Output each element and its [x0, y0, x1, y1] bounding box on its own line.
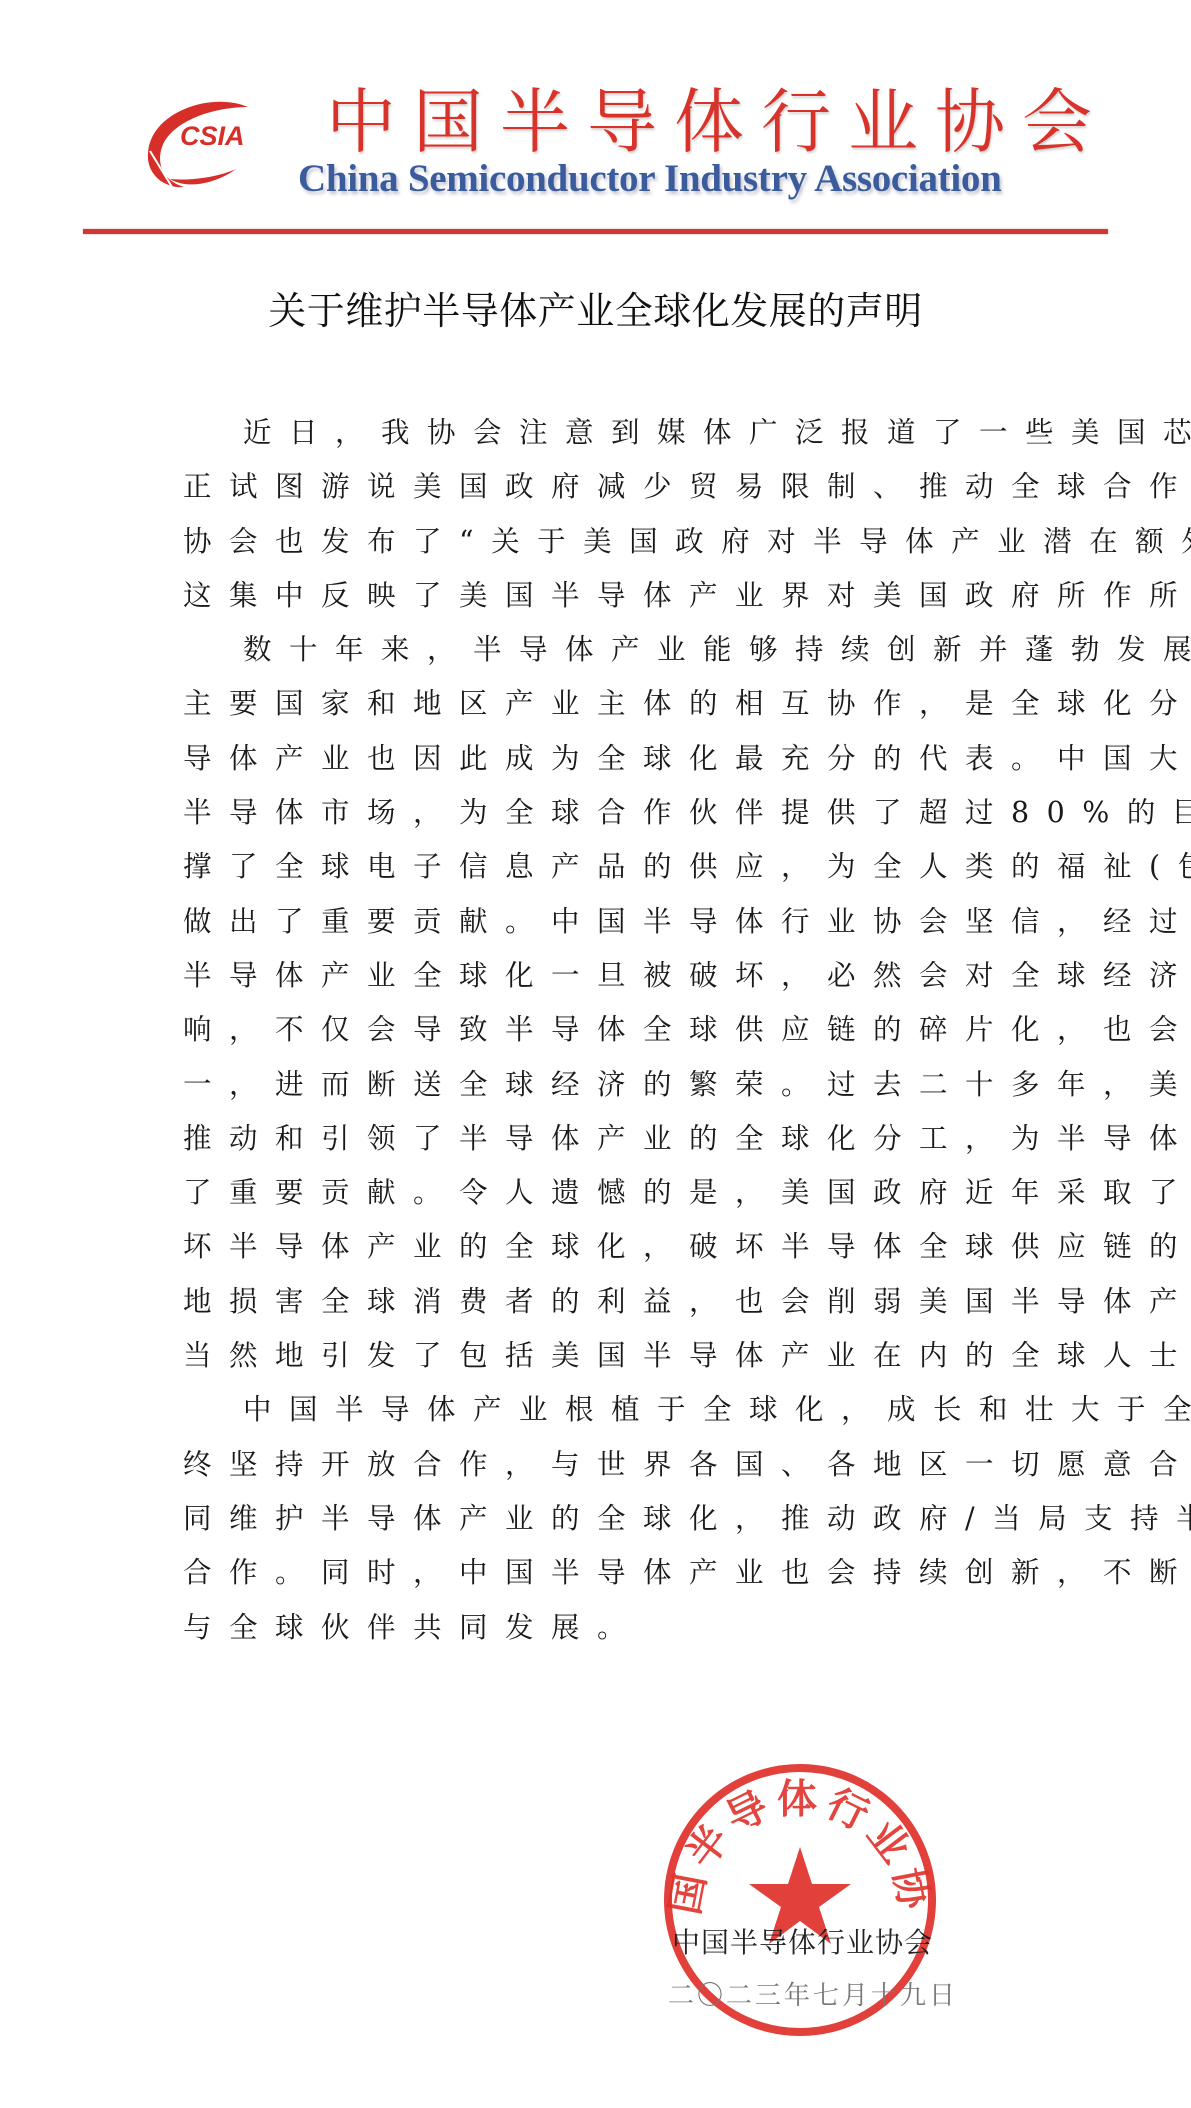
text-line: 这集中反映了美国半导体产业界对美国政府所作所为的担忧。: [183, 569, 1029, 623]
text-line: 一，进而断送全球经济的繁荣。过去二十多年，美国半导体产业积极: [183, 1058, 1029, 1112]
text-line: 响，不仅会导致半导体全球供应链的碎片化，也会破坏全球市场的统: [183, 1003, 1029, 1057]
text-line: 了重要贡献。令人遗憾的是，美国政府近年采取了一系列限制措施破: [183, 1166, 1029, 1220]
text-line: 半导体市场，为全球合作伙伴提供了超过80%的巨大市场，有力地支: [183, 786, 1029, 840]
signature-date: 二〇二三年七月十九日: [668, 1978, 958, 2014]
document-body: 近日，我协会注意到媒体广泛报道了一些美国芯片企业的领导人 正试图游说美国政府减少…: [183, 406, 1029, 1655]
text-line: 近日，我协会注意到媒体广泛报道了一些美国芯片企业的领导人: [183, 406, 1029, 460]
text-line: 导体产业也因此成为全球化最充分的代表。中国大陆作为全球最大的: [183, 732, 1029, 786]
text-line: 半导体产业全球化一旦被破坏，必然会对全球经济产生严重的负面影: [183, 949, 1029, 1003]
document-page: CSIA 中国半导体行业协会 China Semiconductor Indus…: [0, 0, 1191, 2108]
text-line: 正试图游说美国政府减少贸易限制、推动全球合作。美国半导体行业: [183, 460, 1029, 514]
text-line: 与全球伙伴共同发展。: [183, 1601, 1029, 1655]
association-name-en: China Semiconductor Industry Association: [298, 156, 1058, 202]
text-line: 当然地引发了包括美国半导体产业在内的全球人士的广泛担忧。: [183, 1329, 1029, 1383]
text-line: 协会也发布了“关于美国政府对半导体产业潜在额外限制的声明”。: [183, 515, 1029, 569]
text-line: 撑了全球电子信息产品的供应，为全人类的福祉(包括最不发达国家): [183, 840, 1029, 894]
text-line: 数十年来，半导体产业能够持续创新并蓬勃发展，得益于全球各: [183, 623, 1029, 677]
svg-text:CSIA: CSIA: [180, 121, 245, 151]
document-title: 关于维护半导体产业全球化发展的声明: [0, 286, 1191, 336]
text-line: 坏半导体产业的全球化，破坏半导体全球供应链的稳定，将不可避免: [183, 1220, 1029, 1274]
text-line: 做出了重要贡献。中国半导体行业协会坚信，经过数十年发展起来的: [183, 895, 1029, 949]
signature-organization: 中国半导体行业协会: [672, 1925, 952, 1961]
header-divider: [83, 229, 1108, 234]
association-name-cn: 中国半导体行业协会: [326, 82, 1046, 162]
text-line: 中国半导体产业根植于全球化，成长和壮大于全球化。我们将始: [183, 1383, 1029, 1437]
paragraph-2: 数十年来，半导体产业能够持续创新并蓬勃发展，得益于全球各 主要国家和地区产业主体…: [183, 623, 1029, 1383]
text-line: 地损害全球消费者的利益，也会削弱美国半导体产业的竞争力，理所: [183, 1275, 1029, 1329]
csia-logo-icon: CSIA: [140, 95, 280, 195]
text-line: 合作。同时，中国半导体产业也会持续创新，不断提升自己的竞争力，: [183, 1546, 1029, 1600]
text-line: 推动和引领了半导体产业的全球化分工，为半导体产业的全球化做出: [183, 1112, 1029, 1166]
paragraph-3: 中国半导体产业根植于全球化，成长和壮大于全球化。我们将始 终坚持开放合作，与世界…: [183, 1383, 1029, 1654]
text-line: 同维护半导体产业的全球化，推动政府/当局支持半导体产业的国际: [183, 1492, 1029, 1546]
text-line: 主要国家和地区产业主体的相互协作，是全球化分工发展的结果，半: [183, 677, 1029, 731]
text-line: 终坚持开放合作，与世界各国、各地区一切愿意合作的产业界同仁共: [183, 1438, 1029, 1492]
paragraph-1: 近日，我协会注意到媒体广泛报道了一些美国芯片企业的领导人 正试图游说美国政府减少…: [183, 406, 1029, 623]
